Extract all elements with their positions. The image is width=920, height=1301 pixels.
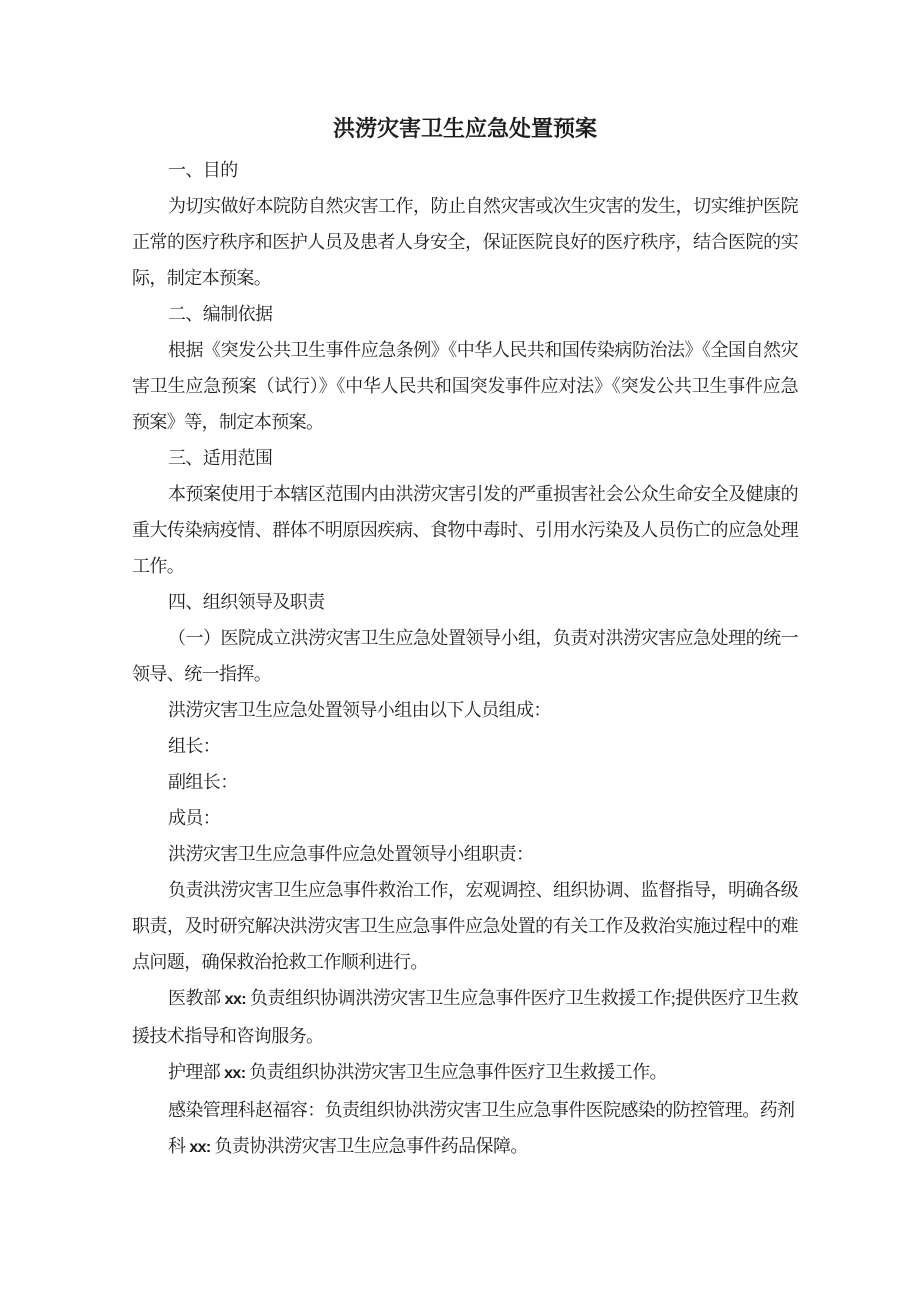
- text-run: 四、组织领导及职责: [168, 592, 325, 612]
- text-run: 负责协洪涝灾害卫生应急事件药品保障。: [211, 1136, 528, 1156]
- paragraph: 副组长：: [132, 764, 798, 800]
- paragraph: 成员：: [132, 800, 798, 836]
- paragraph: 负责洪涝灾害卫生应急事件救治工作，宏观调控、组织协调、监督指导，明确各级职责，及…: [132, 872, 798, 980]
- text-run: 护理部: [168, 1062, 224, 1082]
- section-heading: 四、组织领导及职责: [132, 584, 798, 620]
- bold-text-run: xx:: [224, 1065, 245, 1082]
- paragraph: 洪涝灾害卫生应急事件应急处置领导小组职责：: [132, 836, 798, 872]
- text-run: 成员：: [168, 808, 220, 828]
- text-run: 为切实做好本院防自然灾害工作，防止自然灾害或次生灾害的发生，切实维护医院正常的医…: [132, 196, 798, 288]
- document-title: 洪涝灾害卫生应急处置预案: [132, 106, 798, 152]
- text-run: 二、编制依据: [168, 304, 272, 324]
- text-run: （一）医院成立洪涝灾害卫生应急处置领导小组，负责对洪涝灾害应急处理的统一领导、统…: [132, 628, 798, 684]
- paragraph: （一）医院成立洪涝灾害卫生应急处置领导小组，负责对洪涝灾害应急处理的统一领导、统…: [132, 620, 798, 692]
- text-run: 一、目的: [168, 160, 238, 180]
- text-run: 洪涝灾害卫生应急事件应急处置领导小组职责：: [168, 844, 533, 864]
- section-heading: 一、目的: [132, 152, 798, 188]
- paragraph: 医教部 xx: 负责组织协调洪涝灾害卫生应急事件医疗卫生救援工作;提供医疗卫生救…: [132, 980, 798, 1054]
- section-heading: 二、编制依据: [132, 296, 798, 332]
- text-run: 组长：: [168, 736, 220, 756]
- text-run: 负责洪涝灾害卫生应急事件救治工作，宏观调控、组织协调、监督指导，明确各级职责，及…: [132, 880, 798, 972]
- paragraph: 护理部 xx: 负责组织协洪涝灾害卫生应急事件医疗卫生救援工作。: [132, 1054, 798, 1092]
- section-heading: 三、适用范围: [132, 440, 798, 476]
- paragraph: 本预案使用于本辖区范围内由洪涝灾害引发的严重损害社会公众生命安全及健康的重大传染…: [132, 476, 798, 584]
- text-run: 本预案使用于本辖区范围内由洪涝灾害引发的严重损害社会公众生命安全及健康的重大传染…: [132, 484, 798, 576]
- text-run: 三、适用范围: [168, 448, 272, 468]
- paragraph: 感染管理科赵福容：负责组织协洪涝灾害卫生应急事件医院感染的防控管理。药剂: [132, 1092, 798, 1128]
- text-run: 医教部: [168, 988, 225, 1008]
- paragraph: 为切实做好本院防自然灾害工作，防止自然灾害或次生灾害的发生，切实维护医院正常的医…: [132, 188, 798, 296]
- bold-text-run: xx:: [225, 991, 246, 1008]
- paragraph: 组长：: [132, 728, 798, 764]
- text-run: 副组长：: [168, 772, 238, 792]
- document-page: 洪涝灾害卫生应急处置预案 一、目的为切实做好本院防自然灾害工作，防止自然灾害或次…: [0, 0, 920, 1301]
- text-run: 感染管理科赵福容：负责组织协洪涝灾害卫生应急事件医院感染的防控管理。药剂: [168, 1100, 794, 1120]
- text-run: 洪涝灾害卫生应急处置领导小组由以下人员组成：: [168, 700, 551, 720]
- bold-text-run: xx:: [189, 1139, 210, 1156]
- paragraph: 科 xx: 负责协洪涝灾害卫生应急事件药品保障。: [132, 1128, 798, 1166]
- text-run: 负责组织协洪涝灾害卫生应急事件医疗卫生救援工作。: [245, 1062, 667, 1082]
- paragraph: 根据《突发公共卫生事件应急条例》《中华人民共和国传染病防治法》《全国自然灾害卫生…: [132, 332, 798, 440]
- text-run: 科: [168, 1136, 189, 1156]
- text-run: 根据《突发公共卫生事件应急条例》《中华人民共和国传染病防治法》《全国自然灾害卫生…: [132, 340, 798, 432]
- paragraph: 洪涝灾害卫生应急处置领导小组由以下人员组成：: [132, 692, 798, 728]
- document-body: 一、目的为切实做好本院防自然灾害工作，防止自然灾害或次生灾害的发生，切实维护医院…: [132, 152, 798, 1166]
